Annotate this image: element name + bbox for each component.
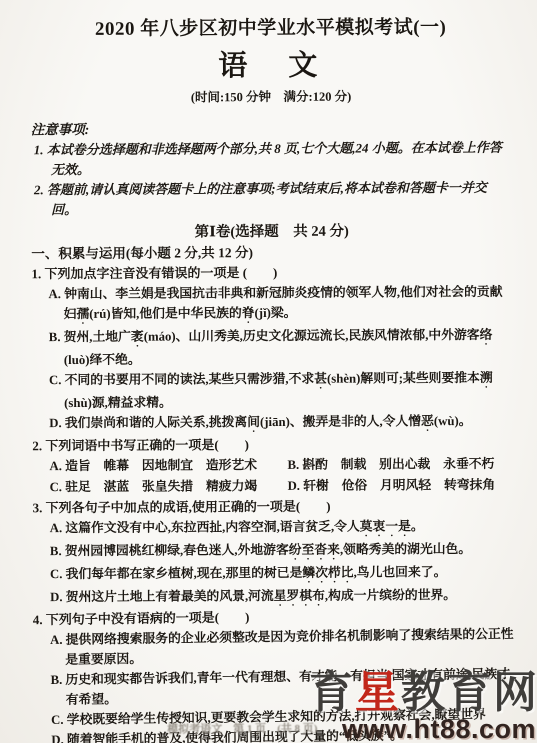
question-3: 3. 下列各句子中加点的成语,使用正确的一项是( ) A. 这篇作文没有中心,东… (33, 496, 515, 611)
question-4-option-b: B. 历史和现实都告诉我们,青年一代有理想、有才能、有担当,国家才有前途,民族才… (33, 664, 514, 710)
question-2-option-a: A. 造旨 帷幕 因地制宜 造形艺术 (49, 455, 287, 477)
question-3-stem: 3. 下列各句子中加点的成语,使用正确的一项是( ) (33, 496, 514, 519)
exam-title: 2020 年八步区初中学业水平模拟考试(一) (30, 16, 511, 43)
exam-paper-page: 2020 年八步区初中学业水平模拟考试(一) 语 文 (时间:150 分钟 满分… (0, 0, 537, 743)
question-2-option-d: D. 轩榭 伧俗 月明风轻 转弯抹角 (287, 475, 513, 497)
question-3-option-b: B. 贺州园博园桃红柳绿,春色迷人,外地游客纷至沓来,领略秀美的湖光山色。 (33, 539, 514, 565)
exam-info-line: (时间:150 分钟 满分:120 分) (30, 87, 511, 108)
question-2-option-c: C. 驻足 湛蓝 张皇失措 精疲力竭 (49, 476, 287, 498)
question-3-option-a: A. 这篇作文没有中心,东拉西扯,内容空洞,语言贫乏,令人莫衷一是。 (33, 516, 514, 542)
footer-page-info: 模拟考语文 第 1 页 (共 8 页) (4, 719, 481, 737)
question-2: 2. 下列词语中书写正确的一项是( ) A. 造旨 帷幕 因地制宜 造形艺术 B… (32, 434, 513, 499)
notice-item-2: 2. 答题前,请认真阅读答题卡上的注意事项;考试结束后,将本试卷和答题卡一并交回… (31, 178, 512, 221)
notice-heading: 注意事项: (31, 118, 512, 141)
subject-title: 语 文 (30, 48, 511, 85)
notice-item-1: 1. 本试卷分选择题和非选择题两个部分,共 8 页,七个大题,24 小题。在本试… (31, 138, 512, 181)
question-1-option-b: B. 贺州,土地广袤(máo)、山川秀美,历史文化源远流长,民族风情浓郁,中外游… (32, 325, 513, 371)
notice-section: 注意事项: 1. 本试卷分选择题和非选择题两个部分,共 8 页,七个大题,24 … (31, 118, 513, 221)
question-2-option-b: B. 斟酌 制载 别出心裁 永垂不朽 (287, 454, 513, 476)
question-2-options: A. 造旨 帷幕 因地制宜 造形艺术 B. 斟酌 制载 别出心裁 永垂不朽 C.… (32, 454, 513, 499)
question-1-option-a: A. 钟南山、李兰娟是我国抗击非典和新冠肺炎疫情的领军人物,他们对社会的贡献妇孺… (31, 282, 512, 328)
volume-header: 第Ⅰ卷(选择题 共 24 分) (31, 220, 512, 245)
question-1: 1. 下列加点字注音没有错误的一项是 ( ) A. 钟南山、李兰娟是我国抗击非典… (31, 262, 513, 437)
question-2-stem: 2. 下列词语中书写正确的一项是( ) (32, 434, 513, 457)
part-heading: 一、积累与运用(每小题 2 分,共 12 分) (31, 242, 512, 265)
question-1-option-d: D. 我们崇尚和谐的人际关系,挑拨离间(jiān)、搬弄是非的人,令人憎恶(wù… (32, 411, 513, 437)
question-1-option-c: C. 不同的书要用不同的读法,某些只需涉猎,不求甚(shèn)解则可;某些则要推… (32, 368, 513, 414)
question-4-option-a: A. 提供网络搜索服务的企业必须整改是因为竞价排名机制影响了搜索结果的公正性是重… (33, 624, 514, 670)
question-1-stem: 1. 下列加点字注音没有错误的一项是 ( ) (31, 262, 512, 285)
question-3-option-c: C. 我们每年都在家乡植树,现在,那里的树已是鳞次栉比,鸟儿也回来了。 (33, 562, 514, 588)
